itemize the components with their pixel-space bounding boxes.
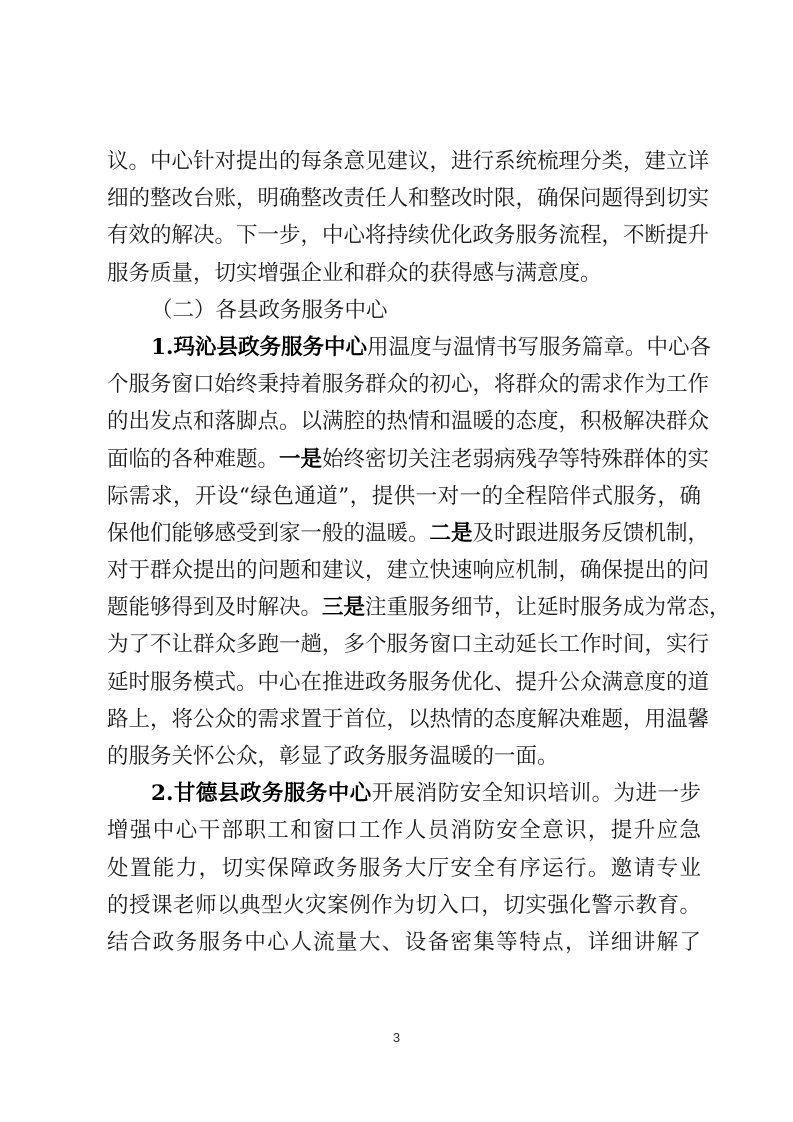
text-line: 延时服务模式。中心在推进政务服务优化、提升公众满意度的道 <box>107 664 701 701</box>
bold-text: 一是 <box>279 447 322 472</box>
text-segment: 增强中心干部职工和窗口工作人员消防安全意识，提升应急 <box>107 818 701 843</box>
text-segment: 保他们能够感受到家一般的温暖。 <box>107 521 430 546</box>
text-segment: 路上，将公众的需求置于首位，以热情的态度解决难题，用温馨 <box>107 707 709 732</box>
text-line: 的服务关怀公众，彰显了政务服务温暖的一面。 <box>107 738 701 775</box>
text-line: 增强中心干部职工和窗口工作人员消防安全意识，提升应急 <box>107 812 701 849</box>
text-line: 服务质量，切实增强企业和群众的获得感与满意度。 <box>107 255 701 292</box>
text-line: 结合政务服务中心人流量大、设备密集等特点，详细讲解了 <box>107 924 701 961</box>
text-segment: 有效的解决。下一步，中心将持续优化政务服务流程，不断提升 <box>107 223 709 248</box>
text-segment: 的出发点和落脚点。以满腔的热情和温暖的态度，积极解决群众 <box>107 409 709 434</box>
text-line: 保他们能够感受到家一般的温暖。二是及时跟进服务反馈机制， <box>107 515 701 552</box>
text-segment: 处置能力，切实保障政务服务大厅安全有序运行。邀请专业 <box>107 856 701 881</box>
document-body: 议。中心针对提出的每条意见建议，进行系统梳理分类，建立详细的整改台账，明确整改责… <box>107 143 701 961</box>
text-line: 细的整改台账，明确整改责任人和整改时限，确保问题得到切实 <box>107 180 701 217</box>
text-line: 1.玛沁县政务服务中心用温度与温情书写服务篇章。中心各 <box>107 329 701 366</box>
page-number: 3 <box>0 1030 793 1045</box>
text-segment: 为了不让群众多跑一趟，多个服务窗口主动延长工作时间，实行 <box>107 632 709 657</box>
text-segment: 细的整改台账，明确整改责任人和整改时限，确保问题得到切实 <box>107 186 709 211</box>
text-segment: 及时跟进服务反馈机制， <box>473 521 710 546</box>
text-line: 的授课老师以典型火灾案例作为切入口，切实强化警示教育。 <box>107 887 701 924</box>
text-segment: 面临的各种难题。 <box>107 447 279 472</box>
text-segment: 的授课老师以典型火灾案例作为切入口，切实强化警示教育。 <box>107 893 701 918</box>
text-segment: 注重服务细节，让延时服务成为常态， <box>365 595 731 620</box>
text-segment: 的服务关怀公众，彰显了政务服务温暖的一面。 <box>107 744 559 769</box>
text-segment: 对于群众提出的问题和建议，建立快速响应机制，确保提出的问 <box>107 558 709 583</box>
text-segment: 结合政务服务中心人流量大、设备密集等特点，详细讲解了 <box>107 930 701 955</box>
text-segment: 用温度与温情书写服务篇章。中心各 <box>367 335 711 360</box>
text-segment: 始终密切关注老弱病残孕等特殊群体的实 <box>322 447 709 472</box>
text-line: 对于群众提出的问题和建议，建立快速响应机制，确保提出的问 <box>107 552 701 589</box>
text-segment: 开展消防安全知识培训。为进一步 <box>372 781 701 806</box>
text-segment: 个服务窗口始终秉持着服务群众的初心，将群众的需求作为工作 <box>107 372 709 397</box>
text-segment: 议。中心针对提出的每条意见建议，进行系统梳理分类，建立详 <box>107 149 709 174</box>
text-line: 议。中心针对提出的每条意见建议，进行系统梳理分类，建立详 <box>107 143 701 180</box>
bold-text: 三是 <box>322 595 365 620</box>
text-line: 为了不让群众多跑一趟，多个服务窗口主动延长工作时间，实行 <box>107 626 701 663</box>
text-segment: 服务质量，切实增强企业和群众的获得感与满意度。 <box>107 261 602 286</box>
text-line: 2.甘德县政务服务中心开展消防安全知识培训。为进一步 <box>107 775 701 812</box>
bold-text: 1.玛沁县政务服务中心 <box>151 335 367 360</box>
bold-text: 二是 <box>430 521 473 546</box>
section-heading: （二）各县政务服务中心 <box>107 292 701 329</box>
text-line: 的出发点和落脚点。以满腔的热情和温暖的态度，积极解决群众 <box>107 403 701 440</box>
text-segment: 题能够得到及时解决。 <box>107 595 322 620</box>
text-segment: 际需求，开设“绿色通道”，提供一对一的全程陪伴式服务，确 <box>107 484 701 509</box>
text-line: 有效的解决。下一步，中心将持续优化政务服务流程，不断提升 <box>107 217 701 254</box>
text-line: 面临的各种难题。一是始终密切关注老弱病残孕等特殊群体的实 <box>107 441 701 478</box>
text-line: 处置能力，切实保障政务服务大厅安全有序运行。邀请专业 <box>107 850 701 887</box>
text-line: 题能够得到及时解决。三是注重服务细节，让延时服务成为常态， <box>107 589 701 626</box>
text-line: 个服务窗口始终秉持着服务群众的初心，将群众的需求作为工作 <box>107 366 701 403</box>
text-line: 际需求，开设“绿色通道”，提供一对一的全程陪伴式服务，确 <box>107 478 701 515</box>
text-line: 路上，将公众的需求置于首位，以热情的态度解决难题，用温馨 <box>107 701 701 738</box>
bold-text: 2.甘德县政务服务中心 <box>151 781 372 806</box>
text-segment: 延时服务模式。中心在推进政务服务优化、提升公众满意度的道 <box>107 670 709 695</box>
text-segment: （二）各县政务服务中心 <box>151 298 388 323</box>
